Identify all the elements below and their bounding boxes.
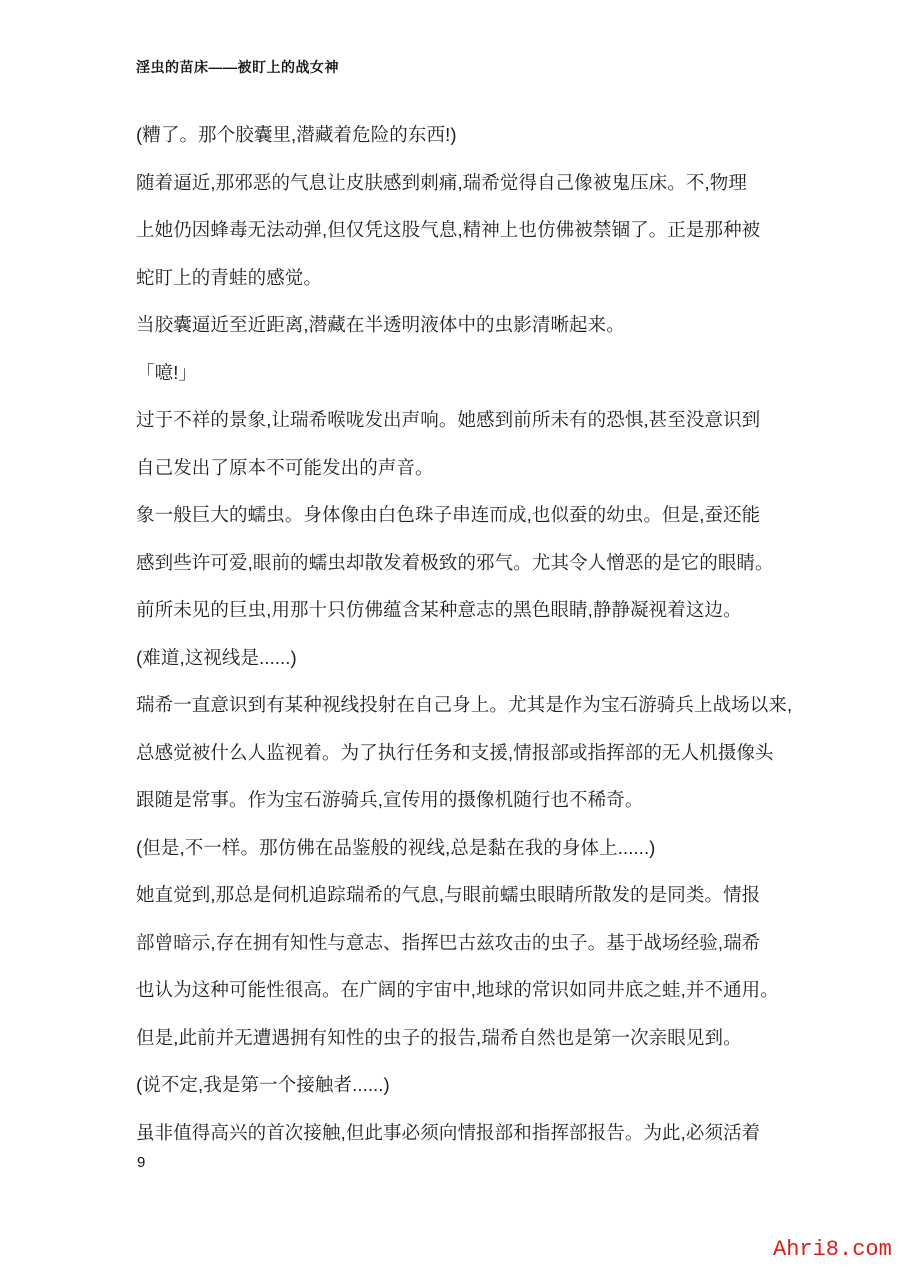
text-line: 她直觉到,那总是伺机追踪瑞希的气息,与眼前蠕虫眼睛所散发的是同类。情报 [136, 871, 770, 919]
text-line: 瑞希一直意识到有某种视线投射在自己身上。尤其是作为宝石游骑兵上战场以来, [136, 681, 770, 729]
watermark-text: Ahri8.com [773, 1237, 892, 1262]
paragraph: 「噫!」 [136, 349, 770, 397]
text-line: 虽非值得高兴的首次接触,但此事必须向情报部和指挥部报告。为此,必须活着 [136, 1109, 770, 1157]
paragraph: (难道,这视线是......) [136, 634, 770, 682]
text-line: 但是,此前并无遭遇拥有知性的虫子的报告,瑞希自然也是第一次亲眼见到。 [136, 1014, 770, 1062]
text-line: (难道,这视线是......) [136, 634, 770, 682]
paragraph: 象一般巨大的蠕虫。身体像由白色珠子串连而成,也似蚕的幼虫。但是,蚕还能感到些许可… [136, 491, 770, 634]
paragraph: 随着逼近,那邪恶的气息让皮肤感到刺痛,瑞希觉得自己像被鬼压床。不,物理上她仍因蜂… [136, 159, 770, 302]
paragraph: (说不定,我是第一个接触者......) [136, 1061, 770, 1109]
text-line: 部曾暗示,存在拥有知性与意志、指挥巴古兹攻击的虫子。基于战场经验,瑞希 [136, 919, 770, 967]
text-line: 也认为这种可能性很高。在广阔的宇宙中,地球的常识如同井底之蛙,并不通用。 [136, 966, 770, 1014]
text-line: 跟随是常事。作为宝石游骑兵,宣传用的摄像机随行也不稀奇。 [136, 776, 770, 824]
text-line: 前所未见的巨虫,用那十只仿佛蕴含某种意志的黑色眼睛,静静凝视着这边。 [136, 586, 770, 634]
paragraph: 过于不祥的景象,让瑞希喉咙发出声响。她感到前所未有的恐惧,甚至没意识到自己发出了… [136, 396, 770, 491]
text-line: 感到些许可爱,眼前的蠕虫却散发着极致的邪气。尤其令人憎恶的是它的眼睛。 [136, 539, 770, 587]
paragraph: (糟了。那个胶囊里,潜藏着危险的东西!) [136, 111, 770, 159]
document-page: 淫虫的苗床——被盯上的战女神 (糟了。那个胶囊里,潜藏着危险的东西!)随着逼近,… [0, 0, 900, 1272]
text-line: 蛇盯上的青蛙的感觉。 [136, 254, 770, 302]
text-line: 「噫!」 [136, 349, 770, 397]
text-line: 总感觉被什么人监视着。为了执行任务和支援,情报部或指挥部的无人机摄像头 [136, 729, 770, 777]
paragraph: 虽非值得高兴的首次接触,但此事必须向情报部和指挥部报告。为此,必须活着 [136, 1109, 770, 1157]
text-line: 上她仍因蜂毒无法动弹,但仅凭这股气息,精神上也仿佛被禁锢了。正是那种被 [136, 206, 770, 254]
paragraph: 瑞希一直意识到有某种视线投射在自己身上。尤其是作为宝石游骑兵上战场以来,总感觉被… [136, 681, 770, 824]
text-line: 随着逼近,那邪恶的气息让皮肤感到刺痛,瑞希觉得自己像被鬼压床。不,物理 [136, 159, 770, 207]
paragraph: (但是,不一样。那仿佛在品鉴般的视线,总是黏在我的身体上......) [136, 824, 770, 872]
text-line: 当胶囊逼近至近距离,潜藏在半透明液体中的虫影清晰起来。 [136, 301, 770, 349]
text-line: 过于不祥的景象,让瑞希喉咙发出声响。她感到前所未有的恐惧,甚至没意识到 [136, 396, 770, 444]
text-line: 自己发出了原本不可能发出的声音。 [136, 444, 770, 492]
paragraph: 当胶囊逼近至近距离,潜藏在半透明液体中的虫影清晰起来。 [136, 301, 770, 349]
document-header-title: 淫虫的苗床——被盯上的战女神 [136, 57, 339, 77]
text-line: 象一般巨大的蠕虫。身体像由白色珠子串连而成,也似蚕的幼虫。但是,蚕还能 [136, 491, 770, 539]
text-line: (说不定,我是第一个接触者......) [136, 1061, 770, 1109]
page-number: 9 [137, 1152, 145, 1174]
paragraph: 她直觉到,那总是伺机追踪瑞希的气息,与眼前蠕虫眼睛所散发的是同类。情报部曾暗示,… [136, 871, 770, 1061]
text-line: (但是,不一样。那仿佛在品鉴般的视线,总是黏在我的身体上......) [136, 824, 770, 872]
text-line: (糟了。那个胶囊里,潜藏着危险的东西!) [136, 111, 770, 159]
document-body: (糟了。那个胶囊里,潜藏着危险的东西!)随着逼近,那邪恶的气息让皮肤感到刺痛,瑞… [136, 111, 770, 1156]
